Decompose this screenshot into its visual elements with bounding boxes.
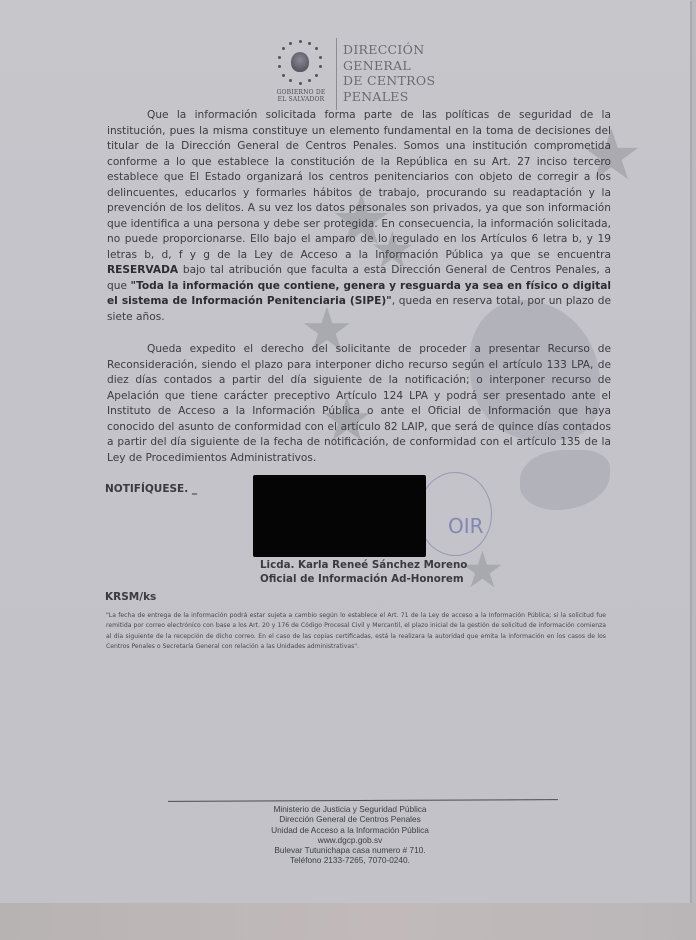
footer-phone: Teléfono 2133-7265, 7070-0240. xyxy=(210,855,490,865)
document-page: ★ ★ ★ ★ ★ ★ GOBIERNO DE EL SALVADOR DIRE… xyxy=(0,0,690,903)
seal-star-dot xyxy=(308,42,311,45)
seal-star-dot xyxy=(308,79,311,82)
stamp-initials: OIR xyxy=(448,514,484,538)
paragraph-appeal-rights: Queda expedito el derecho del solicitant… xyxy=(107,342,611,466)
institution-title: DIRECCIÓN GENERAL DE CENTROS PENALES xyxy=(343,42,435,104)
government-label: GOBIERNO DE EL SALVADOR xyxy=(268,89,334,103)
seal-star-dot xyxy=(278,65,281,68)
seal-star-dot xyxy=(299,40,302,43)
footer-unit: Unidad de Acceso a la Información Públic… xyxy=(210,825,490,835)
seal-star-dot xyxy=(282,47,285,50)
header-divider xyxy=(336,38,337,110)
reference-initials: KRSM/ks xyxy=(105,591,156,603)
signatory-title: Oficial de Información Ad-Honorem xyxy=(260,573,464,585)
footer-divider xyxy=(168,799,558,802)
redacted-signature xyxy=(253,475,426,557)
coat-of-arms-center xyxy=(291,52,309,72)
seal-star-dot xyxy=(315,74,318,77)
seal-star-dot xyxy=(319,65,322,68)
seal-star-dot xyxy=(278,56,281,59)
seal-star-dot xyxy=(299,82,302,85)
letterhead: GOBIERNO DE EL SALVADOR DIRECCIÓN GENERA… xyxy=(268,38,468,108)
seal-star-dot xyxy=(289,79,292,82)
reserved-keyword: RESERVADA xyxy=(107,264,178,276)
notification-label: NOTIFÍQUESE. _ xyxy=(105,483,197,495)
footer-address: Bulevar Tutunichapa casa numero # 710. xyxy=(210,845,490,855)
seal-star-dot xyxy=(282,74,285,77)
coat-of-arms-icon xyxy=(276,38,324,86)
seal-star-dot xyxy=(319,56,322,59)
footer-ministry: Ministerio de Justicia y Seguridad Públi… xyxy=(210,804,490,814)
background-surface xyxy=(0,903,696,940)
footer-contact: Ministerio de Justicia y Seguridad Públi… xyxy=(210,804,490,866)
seal-star-dot xyxy=(289,42,292,45)
signatory-name: Licda. Karla Reneé Sánchez Moreno xyxy=(260,559,467,571)
footnote: "La fecha de entrega de la información p… xyxy=(106,611,606,653)
footer-website: www.dgcp.gob.sv xyxy=(210,835,490,845)
seal-star-dot xyxy=(315,47,318,50)
footer-direction: Dirección General de Centros Penales xyxy=(210,814,490,824)
paragraph-reservation: Que la información solicitada forma part… xyxy=(107,108,611,325)
